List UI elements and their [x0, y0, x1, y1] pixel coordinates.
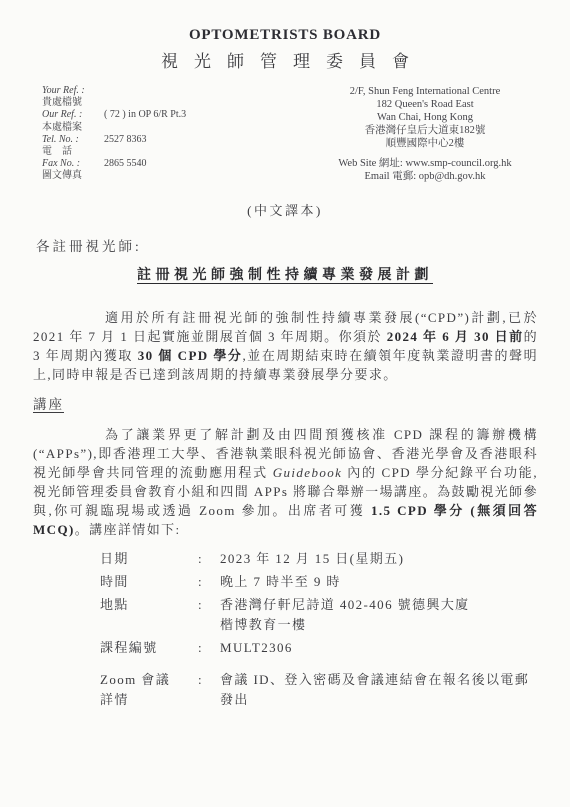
colon: : — [198, 638, 220, 658]
zoom-meeting-value: 會議 ID、登入密碼及會議連結會在報名後以電郵 發出 — [220, 670, 540, 710]
ref-row-tel: Tel. No. : 電 話 2527 8363 — [42, 134, 257, 158]
org-name-english: OPTOMETRISTS BOARD — [0, 27, 570, 44]
time-value: 晚上 7 時半至 9 時 — [220, 572, 540, 592]
our-ref-value: ( 72 ) in OP 6/R Pt.3 — [102, 109, 257, 133]
text-segment: 。講座詳情如下: — [75, 522, 181, 537]
ref-row-fax: Fax No. : 圖文傳真 2865 5540 — [42, 158, 257, 182]
your-ref-label-en: Your Ref. : — [42, 85, 102, 97]
zoom-meeting-label: Zoom 會議 詳情 — [100, 670, 198, 710]
date-value: 2023 年 12 月 15 日(星期五) — [220, 549, 540, 569]
text-segment: Guidebook — [273, 465, 343, 480]
detail-row-zoom-meeting: Zoom 會議 詳情 : 會議 ID、登入密碼及會議連結會在報名後以電郵 發出 — [100, 670, 540, 710]
address-spacer — [306, 150, 544, 157]
our-ref-label-zh: 本處檔案 — [42, 122, 102, 134]
tel-label-en: Tel. No. : — [42, 134, 102, 146]
tel-value: 2527 8363 — [102, 134, 257, 158]
venue-value: 香港灣仔軒尼詩道 402-406 號德興大廈 楷博教育一樓 — [220, 595, 540, 635]
colon: : — [198, 670, 220, 710]
text-segment: 2024 年 6 月 30 日前 — [387, 329, 524, 344]
translation-note: (中文譯本) — [0, 200, 570, 219]
website-line: Web Site 網址: www.smp-council.org.hk — [306, 157, 544, 170]
our-ref-label-en: Our Ref. : — [42, 109, 102, 121]
org-name-chinese: 視光師管理委員會 — [0, 47, 570, 72]
address-line: 香港灣仔皇后大道東182號 — [306, 124, 544, 137]
course-code-value: MULT2306 — [220, 638, 540, 658]
address-line: Wan Chai, Hong Kong — [306, 111, 544, 124]
salutation: 各註冊視光師: — [36, 235, 570, 255]
email-line: Email 電郵: opb@dh.gov.hk — [306, 170, 544, 183]
colon: : — [198, 549, 220, 569]
ref-row-your-ref: Your Ref. : 貴處檔號 — [42, 85, 257, 109]
paragraph-seminar-info: 為了讓業界更了解計劃及由四間預獲核准 CPD 課程的籌辦機構(“APPs”),即… — [33, 425, 538, 539]
address-line: 2/F, Shun Feng International Centre — [306, 85, 544, 98]
seminar-details-table: 日期 : 2023 年 12 月 15 日(星期五) 時間 : 晚上 7 時半至… — [100, 549, 540, 710]
colon: : — [198, 572, 220, 592]
reference-block: Your Ref. : 貴處檔號 Our Ref. : 本處檔案 ( 72 ) … — [42, 85, 257, 183]
colon: : — [198, 595, 220, 635]
venue-label: 地點 — [100, 595, 198, 635]
detail-row-date: 日期 : 2023 年 12 月 15 日(星期五) — [100, 549, 540, 569]
detail-row-course-code: 課程編號 : MULT2306 — [100, 638, 540, 658]
date-label: 日期 — [100, 549, 198, 569]
fax-label-zh: 圖文傳真 — [42, 170, 102, 182]
tel-label-zh: 電 話 — [42, 146, 102, 158]
fax-label-en: Fax No. : — [42, 158, 102, 170]
section-heading-seminar: 講座 — [33, 393, 570, 413]
your-ref-value — [102, 85, 257, 109]
letterhead: Your Ref. : 貴處檔號 Our Ref. : 本處檔案 ( 72 ) … — [0, 72, 570, 183]
time-label: 時間 — [100, 572, 198, 592]
your-ref-label-zh: 貴處檔號 — [42, 97, 102, 109]
letter-page: OPTOMETRISTS BOARD 視光師管理委員會 Your Ref. : … — [0, 0, 570, 807]
page-title: 註冊視光師強制性持續專業發展計劃 — [0, 264, 570, 284]
ref-row-our-ref: Our Ref. : 本處檔案 ( 72 ) in OP 6/R Pt.3 — [42, 109, 257, 133]
fax-value: 2865 5540 — [102, 158, 257, 182]
detail-row-venue: 地點 : 香港灣仔軒尼詩道 402-406 號德興大廈 楷博教育一樓 — [100, 595, 540, 635]
text-segment: 30 個 CPD 學分 — [138, 348, 243, 363]
address-line: 182 Queen's Road East — [306, 98, 544, 111]
paragraph-cpd-scheme: 適用於所有註冊視光師的強制性持續專業發展(“CPD”)計劃,已於 2021 年 … — [33, 308, 538, 384]
detail-row-time: 時間 : 晚上 7 時半至 9 時 — [100, 572, 540, 592]
address-block: 2/F, Shun Feng International Centre 182 … — [306, 85, 544, 183]
address-line: 順豐國際中心2樓 — [306, 137, 544, 150]
course-code-label: 課程編號 — [100, 638, 198, 658]
